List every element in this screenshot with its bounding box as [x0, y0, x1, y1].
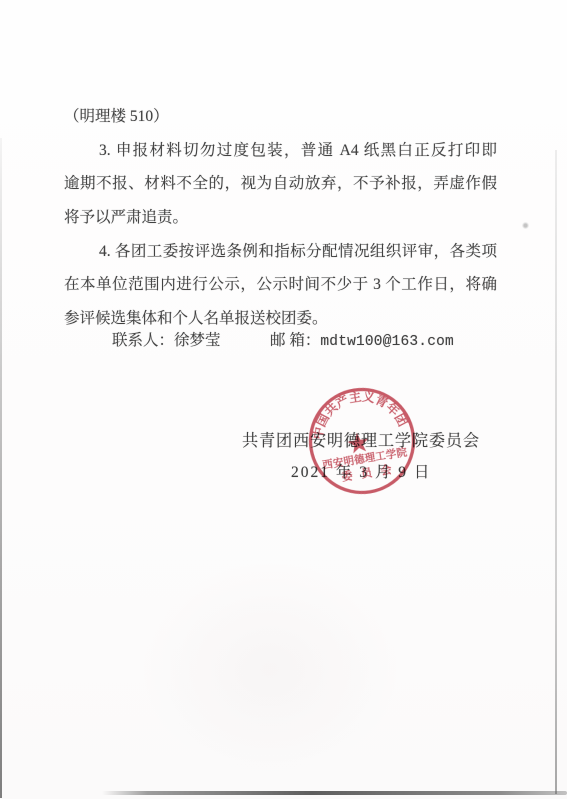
- paragraph3-line1: 3. 申报材料切勿过度包装，普通 A4 纸黑白正反打印即可。: [64, 134, 497, 168]
- document-body: （明理楼 510） 3. 申报材料切勿过度包装，普通 A4 纸黑白正反打印即可。…: [64, 100, 497, 336]
- contact-row: 联系人：徐梦莹 邮 箱：mdtw100@163.com: [112, 332, 221, 350]
- scan-edge-bottom: [0, 791, 567, 795]
- email-address: mdtw100@163.com: [320, 334, 454, 350]
- email-label: 邮 箱：: [270, 332, 320, 349]
- scanned-page: （明理楼 510） 3. 申报材料切勿过度包装，普通 A4 纸黑白正反打印即可。…: [0, 0, 567, 799]
- contact-person-label: 联系人：: [112, 332, 174, 349]
- official-seal: 中国共产主义青年团 西安明德理工学院 委 员 会: [287, 366, 437, 516]
- scan-edge-right: [555, 150, 557, 794]
- contact-person-name: 徐梦莹: [174, 332, 221, 349]
- paragraph4-line1: 4. 各团工委按评选条例和指标分配情况组织评审，各类项: [64, 235, 497, 269]
- paragraph3-line2: 逾期不报、材料不全的，视为自动放弃，不予补报，弄虚作假者，: [64, 167, 497, 201]
- location-note: （明理楼 510）: [64, 100, 497, 134]
- scan-edge-left: [0, 138, 2, 798]
- star-icon: [346, 431, 370, 454]
- paragraph4-line2: 在本单位范围内进行公示，公示时间不少于 3 个工作日，将确定: [64, 268, 497, 302]
- scan-scratch-mark: [522, 222, 529, 229]
- contact-email: 邮 箱：mdtw100@163.com: [270, 332, 454, 351]
- paragraph3-line3: 将予以严肃追责。: [64, 201, 497, 235]
- paragraph4-line3: 参评候选集体和个人名单报送校团委。: [64, 302, 497, 336]
